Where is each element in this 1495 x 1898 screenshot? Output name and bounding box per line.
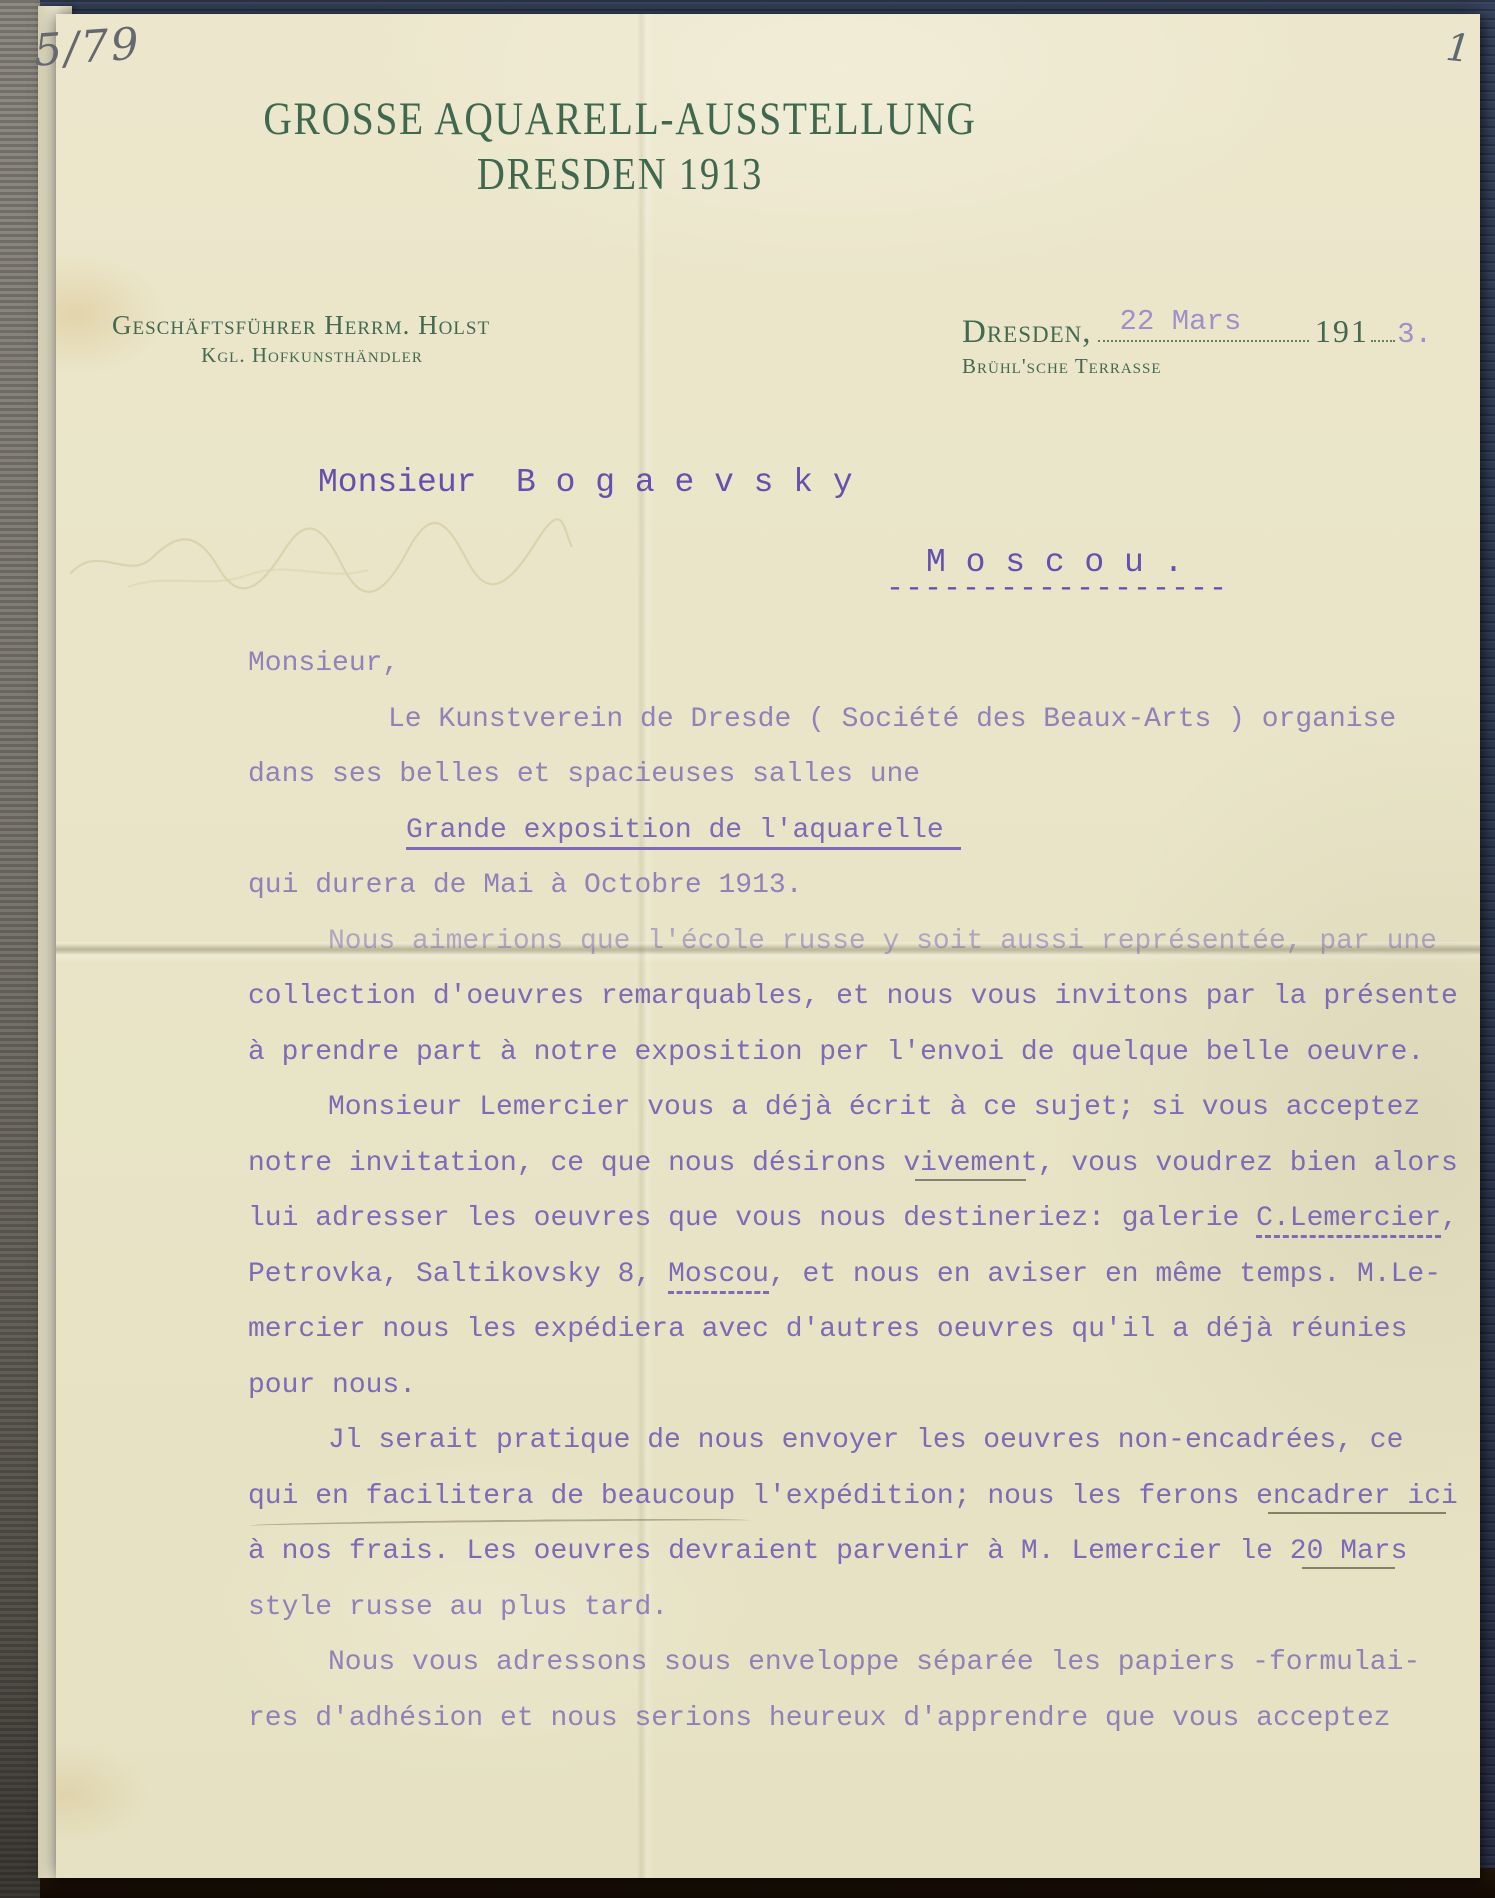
handwritten-catalog-number: 5/79 [32, 18, 142, 76]
typed-line: Monsieur Lemercier vous a déjà écrit à c… [248, 1080, 1483, 1136]
typed-date: 22 Mars [1120, 305, 1242, 338]
binding-strip [0, 0, 40, 1898]
typed-line: à prendre part à notre exposition per l'… [248, 1025, 1483, 1081]
place-label: Dresden, [962, 314, 1092, 351]
letterhead-manager-block: Geschäftsführer Herrm. Holst Kgl. Hofkun… [112, 310, 512, 368]
letter-body: Monsieur,Le Kunstverein de Dresde ( Soci… [248, 636, 1483, 1746]
typed-line: qui en facilitera de beaucoup l'expéditi… [248, 1469, 1483, 1525]
typed-line: res d'adhésion et nous serions heureux d… [248, 1691, 1483, 1747]
typed-line: lui adresser les oeuvres que vous nous d… [248, 1191, 1483, 1247]
letterhead-address: Brühl'sche Terrasse [962, 354, 1432, 379]
recipient-city-underline: ------------------ [886, 572, 1228, 606]
recipient-name-line: Monsieur B o g a e v s k y [318, 464, 853, 501]
typed-line: Nous vous adressons sous enveloppe sépar… [248, 1635, 1483, 1691]
year-dotted-leader [1371, 306, 1395, 342]
typed-line: style russe au plus tard. [248, 1580, 1483, 1636]
date-row: Dresden, 22 Mars 191 3. [962, 306, 1432, 351]
date-dotted-leader: 22 Mars [1098, 306, 1309, 342]
typed-line: collection d'oeuvres remarquables, et no… [248, 969, 1483, 1025]
typed-line: Jl serait pratique de nous envoyer les o… [248, 1413, 1483, 1469]
letterhead-date-block: Dresden, 22 Mars 191 3. Brühl'sche Terra… [962, 306, 1432, 379]
typed-line: mercier nous les expédiera avec d'autres… [248, 1302, 1483, 1358]
printed-year-prefix: 191 [1315, 313, 1369, 350]
ink-bleedthrough-handwriting [58, 512, 578, 607]
typed-line: pour nous. [248, 1358, 1483, 1414]
typed-line: à nos frais. Les oeuvres devraient parve… [248, 1524, 1483, 1580]
typed-line: notre invitation, ce que nous désirons v… [248, 1136, 1483, 1192]
handwritten-page-number: 1 [1444, 25, 1473, 71]
typed-line: Petrovka, Saltikovsky 8, Moscou, et nous… [248, 1247, 1483, 1303]
letterhead-title-line1: GROSSE AQUARELL-AUSSTELLUNG [234, 92, 1007, 146]
typed-line: Grande exposition de l'aquarelle [248, 803, 1483, 859]
typed-line: Monsieur, [248, 636, 1483, 692]
manager-title: Kgl. Hofkunsthändler [112, 343, 512, 368]
manager-name: Geschäftsführer Herrm. Holst [112, 310, 512, 341]
typed-line: Nous aimerions que l'école russe y soit … [248, 914, 1483, 970]
typed-line: qui durera de Mai à Octobre 1913. [248, 858, 1483, 914]
typed-year-digit: 3. [1397, 318, 1432, 351]
typed-line: Le Kunstverein de Dresde ( Société des B… [248, 692, 1483, 748]
letterhead-title: GROSSE AQUARELL-AUSSTELLUNG DRESDEN 1913 [160, 92, 1080, 200]
typed-line: dans ses belles et spacieuses salles une [248, 747, 1483, 803]
letterhead-title-line2: DRESDEN 1913 [224, 148, 1015, 200]
